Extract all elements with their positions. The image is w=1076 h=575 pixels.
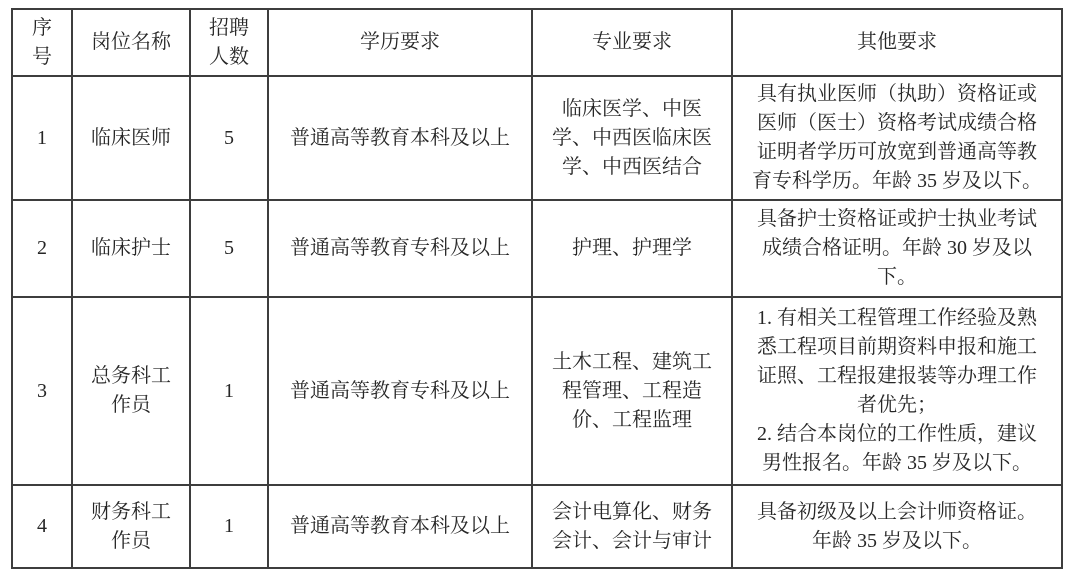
cell-position: 财务科工 作员 — [72, 485, 190, 568]
cell-education: 普通高等教育专科及以上 — [268, 200, 532, 297]
header-major-requirement: 专业要求 — [532, 9, 732, 76]
cell-education: 普通高等教育本科及以上 — [268, 76, 532, 200]
cell-education: 普通高等教育本科及以上 — [268, 485, 532, 568]
cell-other: 具备护士资格证或护士执业考试 成绩合格证明。年龄 30 岁及以 下。 — [732, 200, 1062, 297]
header-serial-number: 序 号 — [12, 9, 72, 76]
recruitment-table-sheet: 序 号 岗位名称 招聘 人数 学历要求 专业要求 其他要求 1 临床医师 5 普… — [11, 8, 1061, 569]
cell-other: 具有执业医师（执助）资格证或 医师（医士）资格考试成绩合格 证明者学历可放宽到普… — [732, 76, 1062, 200]
cell-count: 5 — [190, 76, 268, 200]
cell-position: 临床护士 — [72, 200, 190, 297]
cell-serial: 2 — [12, 200, 72, 297]
cell-education: 普通高等教育专科及以上 — [268, 297, 532, 485]
header-education-requirement: 学历要求 — [268, 9, 532, 76]
table-row: 3 总务科工 作员 1 普通高等教育专科及以上 土木工程、建筑工 程管理、工程造… — [12, 297, 1062, 485]
cell-count: 1 — [190, 485, 268, 568]
recruitment-table: 序 号 岗位名称 招聘 人数 学历要求 专业要求 其他要求 1 临床医师 5 普… — [11, 8, 1063, 569]
cell-position: 总务科工 作员 — [72, 297, 190, 485]
table-row: 4 财务科工 作员 1 普通高等教育本科及以上 会计电算化、财务 会计、会计与审… — [12, 485, 1062, 568]
header-position-name: 岗位名称 — [72, 9, 190, 76]
cell-serial: 3 — [12, 297, 72, 485]
cell-major: 土木工程、建筑工 程管理、工程造 价、工程监理 — [532, 297, 732, 485]
cell-serial: 1 — [12, 76, 72, 200]
cell-major: 临床医学、中医 学、中西医临床医 学、中西医结合 — [532, 76, 732, 200]
cell-major: 会计电算化、财务 会计、会计与审计 — [532, 485, 732, 568]
table-row: 1 临床医师 5 普通高等教育本科及以上 临床医学、中医 学、中西医临床医 学、… — [12, 76, 1062, 200]
cell-serial: 4 — [12, 485, 72, 568]
cell-position: 临床医师 — [72, 76, 190, 200]
cell-other: 1. 有相关工程管理工作经验及熟 悉工程项目前期资料申报和施工 证照、工程报建报… — [732, 297, 1062, 485]
header-recruit-count: 招聘 人数 — [190, 9, 268, 76]
header-other-requirement: 其他要求 — [732, 9, 1062, 76]
table-row: 2 临床护士 5 普通高等教育专科及以上 护理、护理学 具备护士资格证或护士执业… — [12, 200, 1062, 297]
cell-other: 具备初级及以上会计师资格证。 年龄 35 岁及以下。 — [732, 485, 1062, 568]
cell-count: 5 — [190, 200, 268, 297]
cell-count: 1 — [190, 297, 268, 485]
table-header-row: 序 号 岗位名称 招聘 人数 学历要求 专业要求 其他要求 — [12, 9, 1062, 76]
cell-major: 护理、护理学 — [532, 200, 732, 297]
